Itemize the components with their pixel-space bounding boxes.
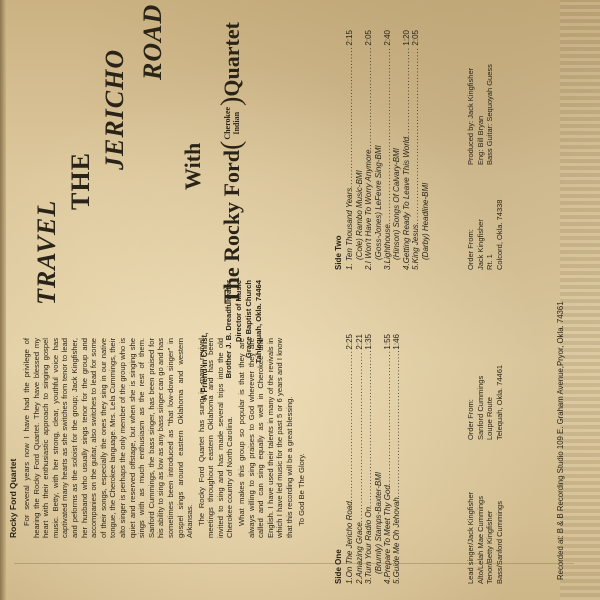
personnel-line: Alto/Lelah Mae Cummings [476,492,486,584]
leader-dots [411,47,420,225]
title-word-the: THE [66,152,96,210]
track-title: 1. Ten Thousand Years [345,188,354,270]
title-word-travel: TRAVEL [32,200,62,305]
track-credit: (Goss-Jones) LeFevre Sing-BMI [374,30,383,270]
personnel-credits: Lead singer/Jack Kingfisher Alto/Lelah M… [466,492,504,584]
production-line: Eng: Bill Bryan [476,64,486,165]
signature-line: Tahlequah, Okla. 74464 [254,280,264,400]
address-line: Jack Kingfisher [476,200,486,270]
track-duration: 1:46 [392,334,401,351]
track-row: 4.Getting Ready To Leave This World1:20 [402,30,411,270]
track-title: 3.Turn Your Radio On [364,507,373,584]
track-row: 3.Turn Your Radio On1:35 [364,334,373,584]
leader-dots [383,47,392,225]
track-duration: 1:35 [364,334,373,351]
address-line: Telequah, Okla. 74461 [495,365,505,440]
artist-prefix: The Rocky Ford [219,150,245,304]
leader-dots [402,47,411,137]
track-credit: (Cole) Rambo Music-BMI [355,30,364,270]
valediction: A Friend in Christ, [200,333,210,400]
address-line: Rt. 1 [485,200,495,270]
track-row: 5.King Jesus2:05 [411,30,420,270]
album-back-cover: Rocky Ford Quartet For several years now… [0,0,600,600]
track-row: 2.Amazing Grace2:21 [355,334,364,584]
track-credit: (Brumly) Stamps-Baxter-BMI [374,334,383,584]
liner-closing: To God Be The Glory. [297,338,307,538]
artist-name: The Rocky Ford ( Cherokee Indian ) Quart… [218,22,246,304]
track-credit: (Hinson) Songs Of Calvary-BMI [392,30,401,270]
personnel-line: Bass/Sanford Cummings [495,492,505,584]
track-title: 4.Getting Ready To Leave This World [402,137,411,270]
paren-open: ( [218,141,246,150]
side-two-tracklist: Side Two 1. Ten Thousand Years2:15(Cole)… [334,30,430,270]
track-duration: 1:20 [402,30,411,47]
address-line: Colcord, Okla. 74338 [495,200,505,270]
track-title: 4.Prepare To Meet Thy God [383,485,392,584]
production-line: Produced by: Jack Kingfisher [466,64,476,165]
track-duration: 2:05 [364,30,373,47]
track-title: 5.King Jesus [411,224,420,270]
artist-paren-bottom: Indian [232,107,241,140]
order-address-kingfisher: Order From: Jack Kingfisher Rt. 1 Colcor… [466,200,504,270]
artist-suffix: Quartet [219,22,245,97]
liner-paragraph: For several years now I have had the pri… [22,338,195,538]
track-row: 2.I Won't Have To Worry Anymore2:05 [364,30,373,270]
leader-dots [392,351,401,498]
track-row: 3.Lighthouse2:40 [383,30,392,270]
leader-dots [355,351,364,523]
track-duration: 2:25 [345,334,354,351]
track-duration: 2:15 [345,30,354,47]
leader-dots [364,47,373,150]
track-title: 2.Amazing Grace [355,522,364,584]
title-with: With [180,143,206,190]
leader-dots [364,351,373,507]
address-line: Order From: [466,200,476,270]
track-title: 2.I Won't Have To Worry Anymore [364,149,373,270]
address-line: Loupe Route [485,365,495,440]
track-row: 1. Ten Thousand Years2:15 [345,30,354,270]
track-title: 1.On The Jericho Road [345,501,354,584]
track-row: 1.On The Jericho Road2:25 [345,334,354,584]
side-two-heading: Side Two [334,30,343,270]
track-duration: 2:21 [355,334,364,351]
leader-dots [383,351,392,486]
leader-dots [345,47,354,188]
shrink-wrap-wear [560,0,600,600]
track-credit: (Darby) Headline-BMI [421,30,430,270]
track-duration: 2:40 [383,30,392,47]
liner-notes-heading: Rocky Ford Quartet [8,459,18,538]
order-address-cummings: Order From: Sanford Cummings Loupe Route… [466,365,504,440]
side-one-heading: Side One [334,334,343,584]
track-title: 5.Guide Me Oh Jehovah [392,497,401,584]
track-row: 5.Guide Me Oh Jehovah1:46 [392,334,401,584]
track-duration: 1:55 [383,334,392,351]
address-line: Order From: [466,365,476,440]
track-duration: 2:05 [411,30,420,47]
title-word-road: ROAD [138,4,168,80]
side-one-tracklist: Side One 1.On The Jericho Road2:252.Amaz… [334,334,402,584]
artist-paren-top: Cherokee [223,107,232,140]
recording-studio-credit: Recorded at: B & B Recording Studio 109 … [556,301,565,580]
production-credits: Produced by: Jack Kingfisher Eng: Bill B… [466,64,495,165]
artist-paren-stack: Cherokee Indian [223,107,241,140]
address-line: Sanford Cummings [476,365,486,440]
leader-dots [345,351,354,502]
cover-edge [0,0,6,600]
personnel-line: Lead singer/Jack Kingfisher [466,492,476,584]
personnel-line: Tenor/Betty Kingfisher [485,492,495,584]
title-word-jericho: JERICHO [100,49,130,170]
paren-close: ) [218,97,246,106]
track-row: 4.Prepare To Meet Thy God1:55 [383,334,392,584]
production-line: Bass Guitar: Sequoyah Guess [485,64,495,165]
track-title: 3.Lighthouse [383,224,392,270]
